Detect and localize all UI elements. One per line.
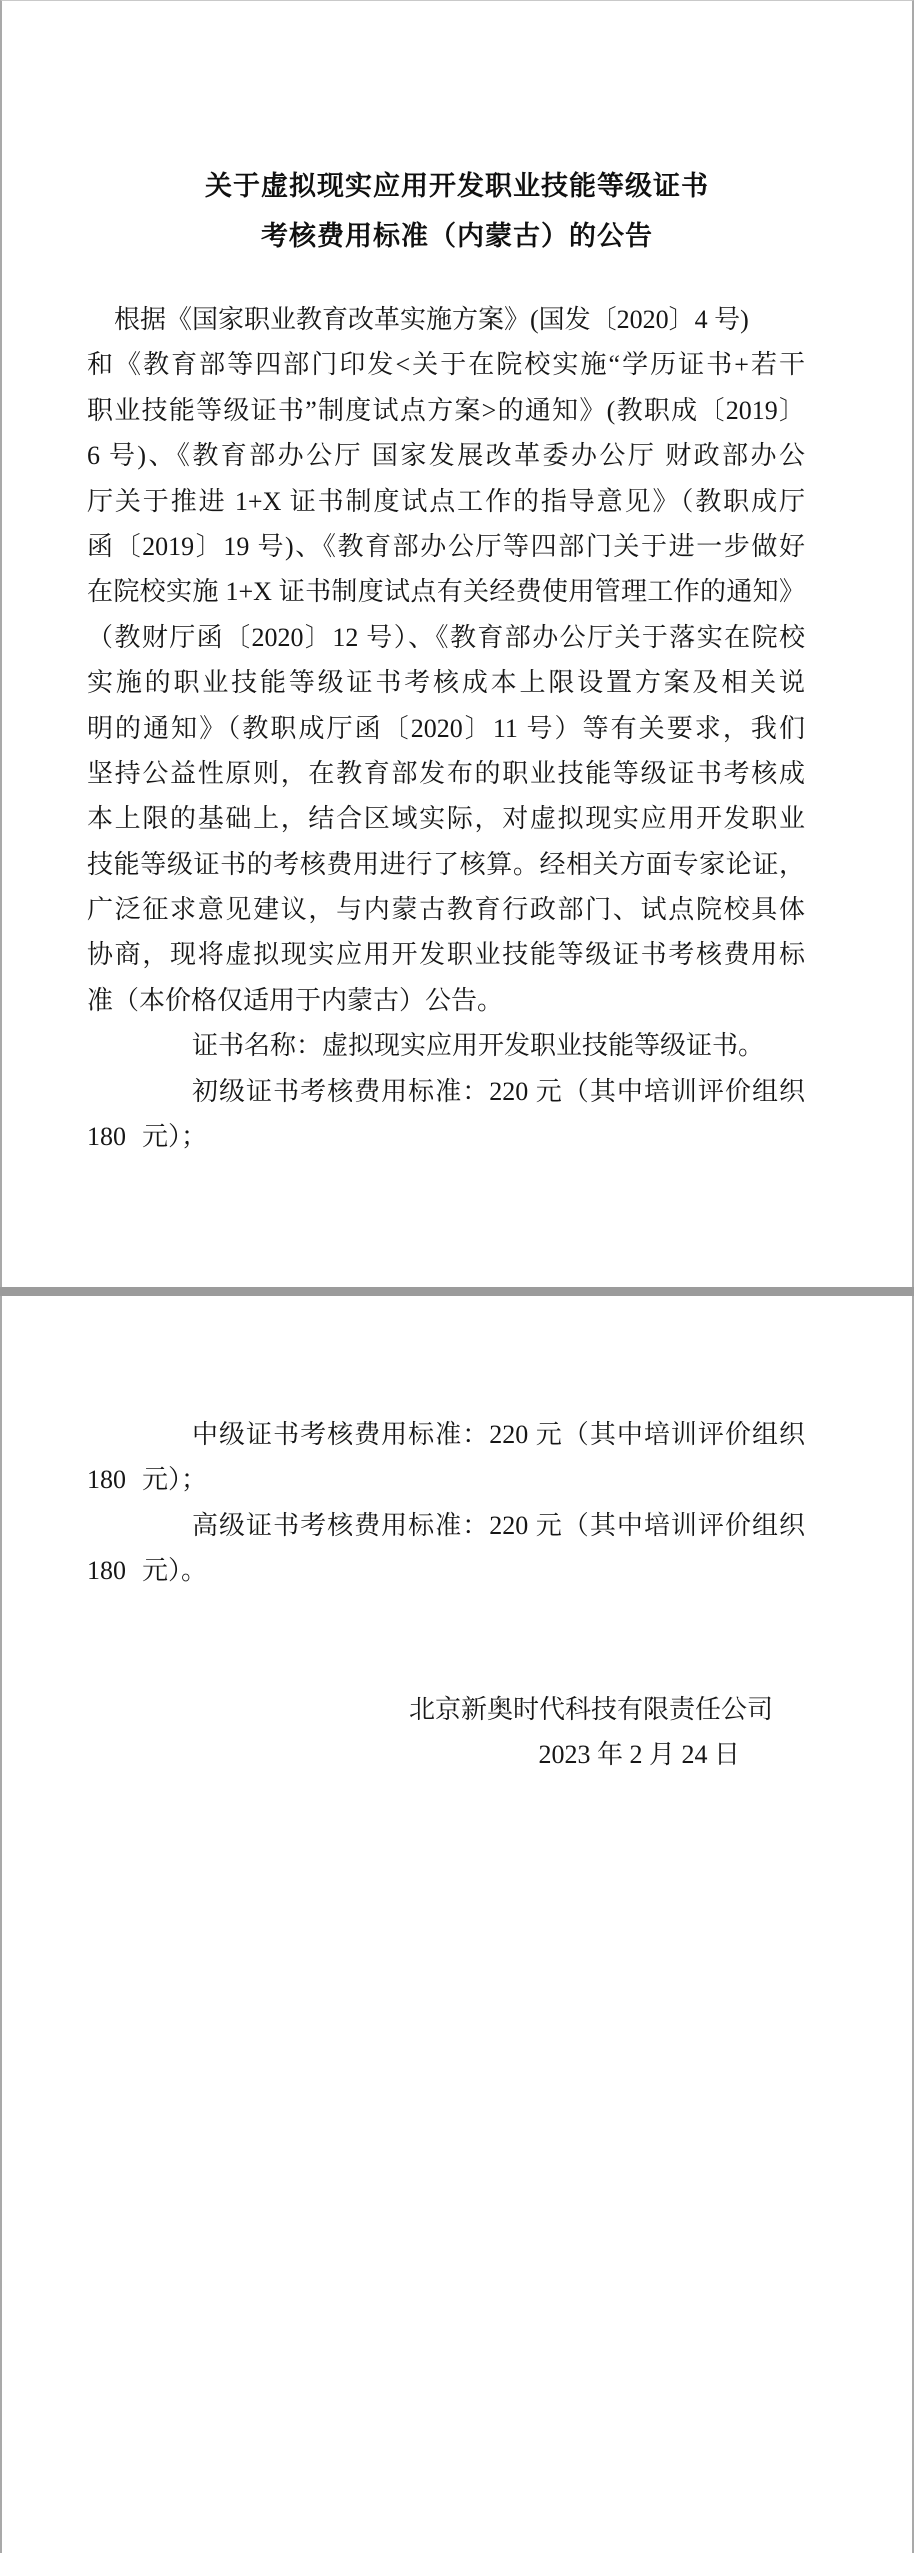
document-title-line-1: 关于虚拟现实应用开发职业技能等级证书: [2, 161, 912, 211]
document-page-2: 中级证书考核费用标准：220 元（其中培训评价组织 180 元）； 高级证书考核…: [0, 1296, 914, 2553]
body-line: 元）；: [87, 1457, 805, 1502]
fee-standard-line-advanced: 高级证书考核费用标准：220 元（其中培训评价组织 180: [87, 1503, 805, 1548]
signature-block: 北京新奥时代科技有限责任公司 2023 年 2 月 24 日: [2, 1687, 912, 1777]
document-viewer: 关于虚拟现实应用开发职业技能等级证书 考核费用标准（内蒙古）的公告 根据《国家职…: [0, 0, 914, 2553]
body-line: 函〔2019〕19 号)、《教育部办公厅等四部门关于进一步做好: [87, 524, 805, 569]
body-line: 厅关于推进 1+X 证书制度试点工作的指导意见》（教职成厅: [87, 479, 805, 524]
document-title: 关于虚拟现实应用开发职业技能等级证书 考核费用标准（内蒙古）的公告: [2, 161, 912, 261]
document-title-line-2: 考核费用标准（内蒙古）的公告: [2, 211, 912, 261]
body-line: 准（本价格仅适用于内蒙古）公告。: [87, 978, 805, 1023]
body-line: 实施的职业技能等级证书考核成本上限设置方案及相关说: [87, 660, 805, 705]
body-line: 根据《国家职业教育改革实施方案》(国发〔2020〕4 号): [87, 297, 805, 342]
body-line: 元）；: [87, 1114, 805, 1159]
fee-standard-line-intermediate: 中级证书考核费用标准：220 元（其中培训评价组织 180: [87, 1412, 805, 1457]
signature-date: 2023 年 2 月 24 日: [2, 1732, 912, 1777]
page1-body: 根据《国家职业教育改革实施方案》(国发〔2020〕4 号) 和《教育部等四部门印…: [2, 297, 912, 1159]
body-line: 职业技能等级证书”制度试点方案>的通知》(教职成〔2019〕: [87, 388, 805, 433]
page2-body: 中级证书考核费用标准：220 元（其中培训评价组织 180 元）； 高级证书考核…: [2, 1412, 912, 1594]
page-separator: [0, 1287, 914, 1296]
certificate-name-line: 证书名称：虚拟现实应用开发职业技能等级证书。: [87, 1023, 805, 1068]
body-line: 本上限的基础上，结合区域实际，对虚拟现实应用开发职业: [87, 796, 805, 841]
body-line: 明的通知》（教职成厅函〔2020〕11 号）等有关要求，我们: [87, 706, 805, 751]
body-line: 技能等级证书的考核费用进行了核算。经相关方面专家论证，: [87, 842, 805, 887]
signature-company: 北京新奥时代科技有限责任公司: [2, 1687, 912, 1732]
body-line: 广泛征求意见建议，与内蒙古教育行政部门、试点院校具体: [87, 887, 805, 932]
body-line: 在院校实施 1+X 证书制度试点有关经费使用管理工作的通知》: [87, 569, 805, 614]
body-line: 和《教育部等四部门印发<关于在院校实施“学历证书+若干: [87, 342, 805, 387]
document-page-1: 关于虚拟现实应用开发职业技能等级证书 考核费用标准（内蒙古）的公告 根据《国家职…: [0, 0, 914, 1287]
body-line: 元）。: [87, 1548, 805, 1593]
body-line: 协商，现将虚拟现实应用开发职业技能等级证书考核费用标: [87, 932, 805, 977]
body-line: 6 号)、《教育部办公厅 国家发展改革委办公厅 财政部办公: [87, 433, 805, 478]
body-line: （教财厅函〔2020〕12 号）、《教育部办公厅关于落实在院校: [87, 615, 805, 660]
body-line: 坚持公益性原则，在教育部发布的职业技能等级证书考核成: [87, 751, 805, 796]
fee-standard-line-primary: 初级证书考核费用标准：220 元（其中培训评价组织 180: [87, 1069, 805, 1114]
